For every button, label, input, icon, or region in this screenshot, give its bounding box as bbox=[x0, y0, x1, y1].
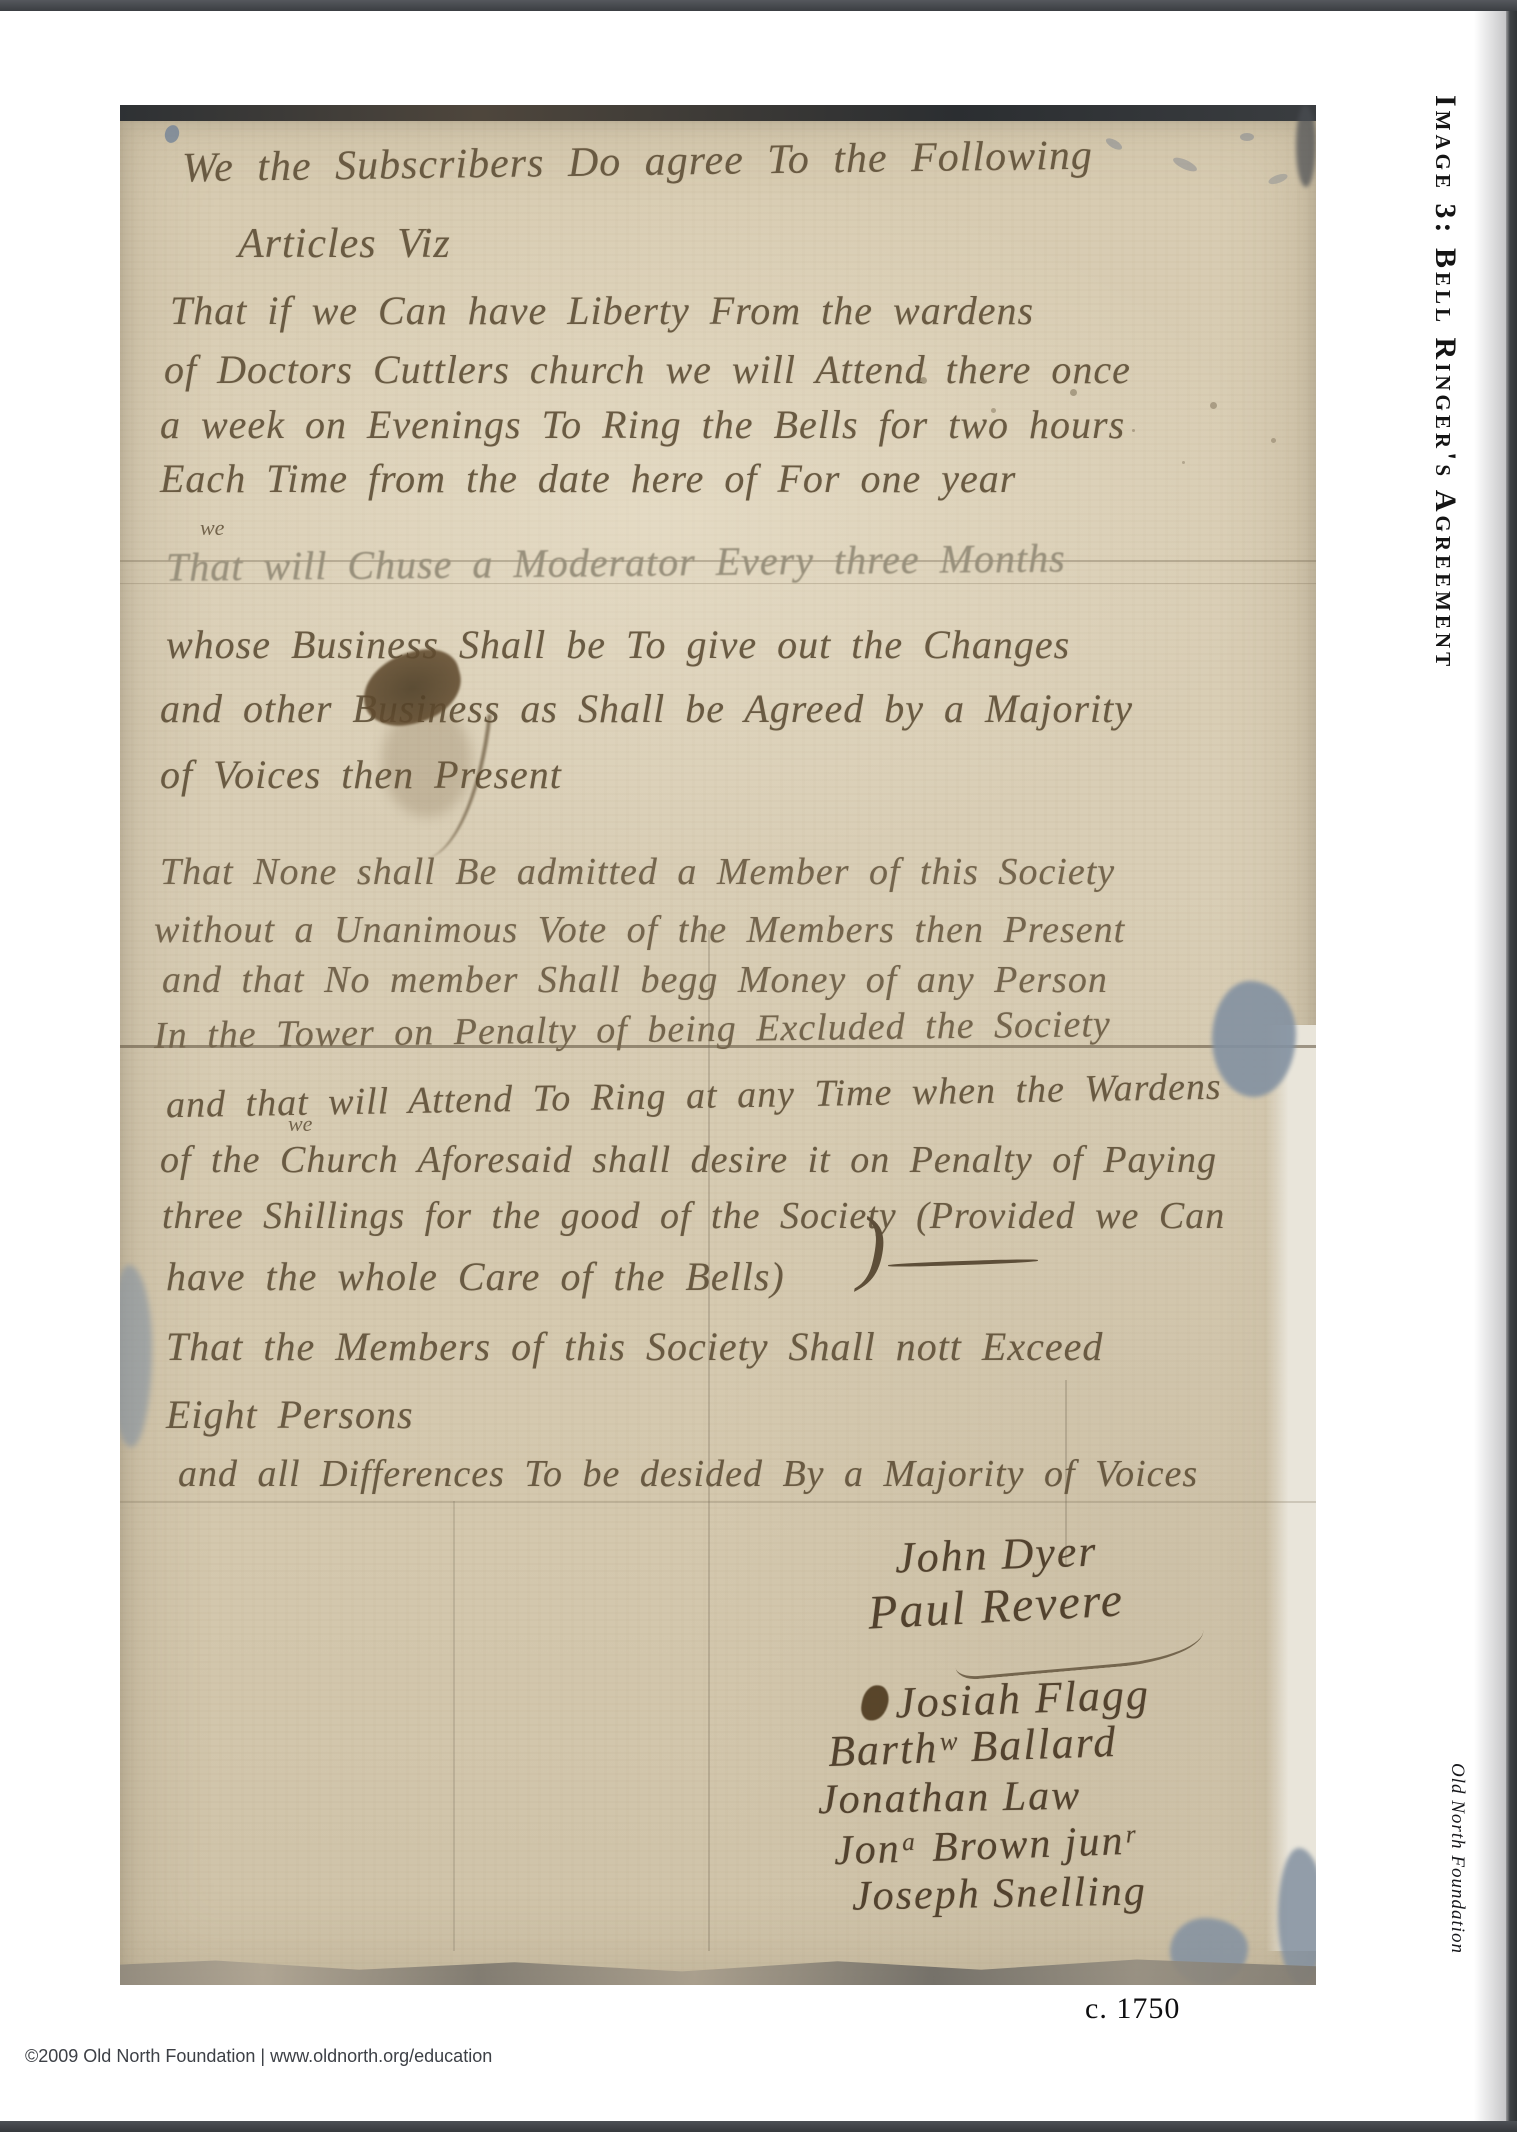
scan-dark-top-edge bbox=[120, 105, 1316, 121]
page-edge-shadow bbox=[1474, 0, 1506, 2132]
dash-flourish bbox=[888, 1258, 1038, 1267]
stain-speck bbox=[1104, 136, 1124, 152]
manuscript-line: and all Differences To be desided By a M… bbox=[178, 1455, 1198, 1493]
fold-crease bbox=[120, 1501, 1316, 1503]
stain-speck bbox=[1267, 172, 1289, 186]
manuscript-line: have the whole Care of the Bells) bbox=[166, 1257, 785, 1297]
manuscript-line: a week on Evenings To Ring the Bells for… bbox=[160, 405, 1125, 445]
signature-joseph-snelling: Joseph Snelling bbox=[852, 1870, 1147, 1917]
window-bottom-bar bbox=[0, 2121, 1517, 2132]
signature-jonathan-law: Jonathan Law bbox=[818, 1775, 1082, 1822]
manuscript-line: three Shillings for the good of the Soci… bbox=[162, 1197, 1225, 1235]
manuscript-line: of the Church Aforesaid shall desire it … bbox=[160, 1141, 1217, 1179]
footer-credit: ©2009 Old North Foundation | www.oldnort… bbox=[25, 2046, 492, 2067]
fold-crease-vertical bbox=[453, 1501, 455, 1951]
manuscript-line: of Doctors Cuttlers church we will Atten… bbox=[164, 350, 1131, 390]
manuscript-line: of Voices then Present bbox=[160, 755, 562, 795]
inserted-word: we bbox=[200, 517, 224, 539]
manuscript-line: That the Members of this Society Shall n… bbox=[166, 1327, 1103, 1367]
stain-speck bbox=[1240, 133, 1254, 141]
manuscript-scan: We the Subscribers Do agree To the Follo… bbox=[120, 105, 1316, 1985]
paren-flourish: ) bbox=[858, 1205, 886, 1289]
manuscript-line: Articles Viz bbox=[238, 223, 451, 265]
manuscript-line: and other Business as Shall be Agreed by… bbox=[160, 689, 1133, 729]
manuscript-line: We the Subscribers Do agree To the Follo… bbox=[182, 135, 1093, 190]
manuscript-line: whose Business Shall be To give out the … bbox=[166, 625, 1070, 665]
manuscript-line: and that will Attend To Ring at any Time… bbox=[166, 1068, 1222, 1124]
manuscript-line: Each Time from the date here of For one … bbox=[160, 459, 1016, 499]
damage-stain bbox=[1278, 1848, 1316, 1985]
signature-jonathan-brown: Jonᵃ Brown junʳ bbox=[833, 1820, 1136, 1873]
stain-speck bbox=[1171, 155, 1198, 174]
manuscript-line: That None shall Be admitted a Member of … bbox=[160, 853, 1115, 891]
sidebar-foundation-script: Old North Foundation bbox=[1434, 1763, 1468, 2043]
signature-john-dyer: John Dyer bbox=[894, 1529, 1098, 1580]
signature-bartholomew-ballard: Barthʷ Ballard bbox=[827, 1720, 1118, 1774]
manuscript-line: Eight Persons bbox=[166, 1395, 414, 1435]
window-top-bar bbox=[0, 0, 1517, 11]
signature-paul-revere: Paul Revere bbox=[867, 1576, 1125, 1637]
manuscript-line: without a Unanimous Vote of the Members … bbox=[154, 911, 1125, 949]
stain-speck bbox=[163, 123, 181, 144]
scan-bottom-edge bbox=[120, 1951, 1316, 1985]
manuscript-line: and that No member Shall begg Money of a… bbox=[162, 961, 1108, 999]
caption-date: c. 1750 bbox=[1085, 1992, 1180, 2026]
damage-stain bbox=[1296, 105, 1316, 187]
scan-light-right-margin bbox=[1266, 1025, 1316, 1951]
page: We the Subscribers Do agree To the Follo… bbox=[0, 0, 1517, 2132]
manuscript-line: That if we Can have Liberty From the war… bbox=[170, 291, 1034, 331]
inserted-word: we bbox=[288, 1113, 312, 1135]
damage-stain bbox=[120, 1265, 152, 1447]
manuscript-line: That will Chuse a Moderator Every three … bbox=[166, 538, 1066, 587]
sidebar-title: Image 3: Bell Ringer's Agreement bbox=[1428, 95, 1462, 785]
ink-blot-small bbox=[859, 1683, 891, 1723]
window-right-edge bbox=[1506, 0, 1517, 2132]
